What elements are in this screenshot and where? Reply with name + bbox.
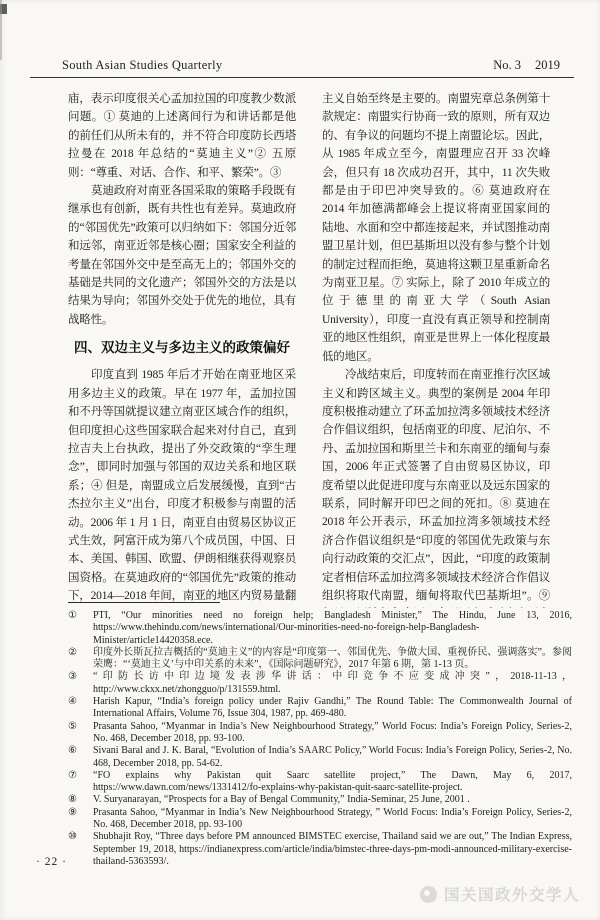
footnote-item: ⑦ “FO explains why Pakistan quit Saarc s… <box>68 770 572 795</box>
section-heading: 四、双边主义与多边主义的政策偏好 <box>68 338 296 358</box>
paragraph: 冷战结束后，印度转而在南亚推行次区域主义和跨区域主义。典型的案例是 2004 年… <box>322 366 550 608</box>
footnote-number: ⑩ <box>68 831 93 868</box>
page-header: South Asian Studies Quarterly No. 3 2019 <box>62 58 560 73</box>
publisher-watermark-text: 国关国政外交学人 <box>444 883 580 905</box>
footnote-text: 印度外长斯瓦拉吉概括的“莫迪主义”的内容是“印度第一、邻国优先、争做大国、重视侨… <box>93 647 572 672</box>
footnotes-section: ① PTI, “Our minorities need no foreign h… <box>68 602 572 868</box>
footnote-item: ④ Harish Kapur, “India’s foreign policy … <box>68 696 572 721</box>
publisher-logo-icon <box>420 886 437 903</box>
footnote-item: ⑤ Prasanta Sahoo, “Myanmar in India’s Ne… <box>68 721 572 746</box>
footnote-item: ⑧ V. Suryanarayan, “Prospects for a Bay … <box>68 794 572 806</box>
article-body: 庙，表示印度很关心孟加拉国的印度教少数派问题。① 莫迪的上述离间行为和讲话都是他… <box>68 90 550 608</box>
page-number: · 22 · <box>36 856 67 868</box>
footnote-divider <box>68 602 220 603</box>
footnote-text: PTI, “Our minorities need no foreign hel… <box>93 610 572 647</box>
paragraph: 印度直到 1985 年后才开始在南亚地区采用多边主义的政策。早在 1977 年，… <box>68 366 296 608</box>
paragraph: 莫迪政府对南亚各国采取的策略手段既有继承也有创新，既有共性也有差异。莫迪政府的“… <box>68 182 296 329</box>
footnote-number: ② <box>68 647 93 672</box>
footnote-number: ⑧ <box>68 794 93 806</box>
paragraph: 主义自始至终是主要的。南盟宪章总条例第十款规定：南盟实行协商一致的原则，所有双边… <box>322 90 550 366</box>
footnote-item: ⑩ Shubhajit Roy, “Three days before PM a… <box>68 831 572 868</box>
footnote-number: ⑥ <box>68 745 93 770</box>
footnote-number: ⑨ <box>68 807 93 832</box>
scan-edge-artifact <box>0 0 2 60</box>
paragraph: 庙，表示印度很关心孟加拉国的印度教少数派问题。① 莫迪的上述离间行为和讲话都是他… <box>68 90 296 182</box>
footnote-item: ⑥ Sivani Baral and J. K. Baral, “Evoluti… <box>68 745 572 770</box>
journal-page: South Asian Studies Quarterly No. 3 2019… <box>0 0 600 920</box>
footnote-text: Harish Kapur, “India’s foreign policy un… <box>93 696 572 721</box>
header-divider <box>30 77 574 78</box>
issue-year: 2019 <box>535 58 560 73</box>
footnote-text: Sivani Baral and J. K. Baral, “Evolution… <box>93 745 572 770</box>
footnote-item: ② 印度外长斯瓦拉吉概括的“莫迪主义”的内容是“印度第一、邻国优先、争做大国、重… <box>68 647 572 672</box>
footnote-item: ① PTI, “Our minorities need no foreign h… <box>68 610 572 647</box>
publisher-watermark: 国关国政外交学人 <box>420 883 580 905</box>
footnote-number: ③ <box>68 671 93 696</box>
right-column: 主义自始至终是主要的。南盟宪章总条例第十款规定：南盟实行协商一致的原则，所有双边… <box>322 90 550 608</box>
footnote-text: Shubhajit Roy, “Three days before PM ann… <box>93 831 572 868</box>
footnote-number: ⑤ <box>68 721 93 746</box>
journal-title: South Asian Studies Quarterly <box>62 58 222 73</box>
footnote-number: ① <box>68 610 93 647</box>
footnote-number: ④ <box>68 696 93 721</box>
footnote-text: Prasanta Sahoo, “Myanmar in India’s New … <box>93 807 572 832</box>
left-column: 庙，表示印度很关心孟加拉国的印度教少数派问题。① 莫迪的上述离间行为和讲话都是他… <box>68 90 296 608</box>
footnote-text: V. Suryanarayan, “Prospects for a Bay of… <box>93 794 572 806</box>
footnote-number: ⑦ <box>68 770 93 795</box>
footnote-text: “FO explains why Pakistan quit Saarc sat… <box>93 770 572 795</box>
issue-info: No. 3 2019 <box>493 58 560 73</box>
footnote-item: ③ “印防长访中印边境发表涉华讲话：中印竞争不应变成冲突”，2018-11-13… <box>68 671 572 696</box>
footnote-item: ⑨ Prasanta Sahoo, “Myanmar in India’s Ne… <box>68 807 572 832</box>
issue-number: No. 3 <box>493 58 521 73</box>
footnote-text: “印防长访中印边境发表涉华讲话：中印竞争不应变成冲突”，2018-11-13，h… <box>93 671 572 696</box>
footnote-text: Prasanta Sahoo, “Myanmar in India’s New … <box>93 721 572 746</box>
